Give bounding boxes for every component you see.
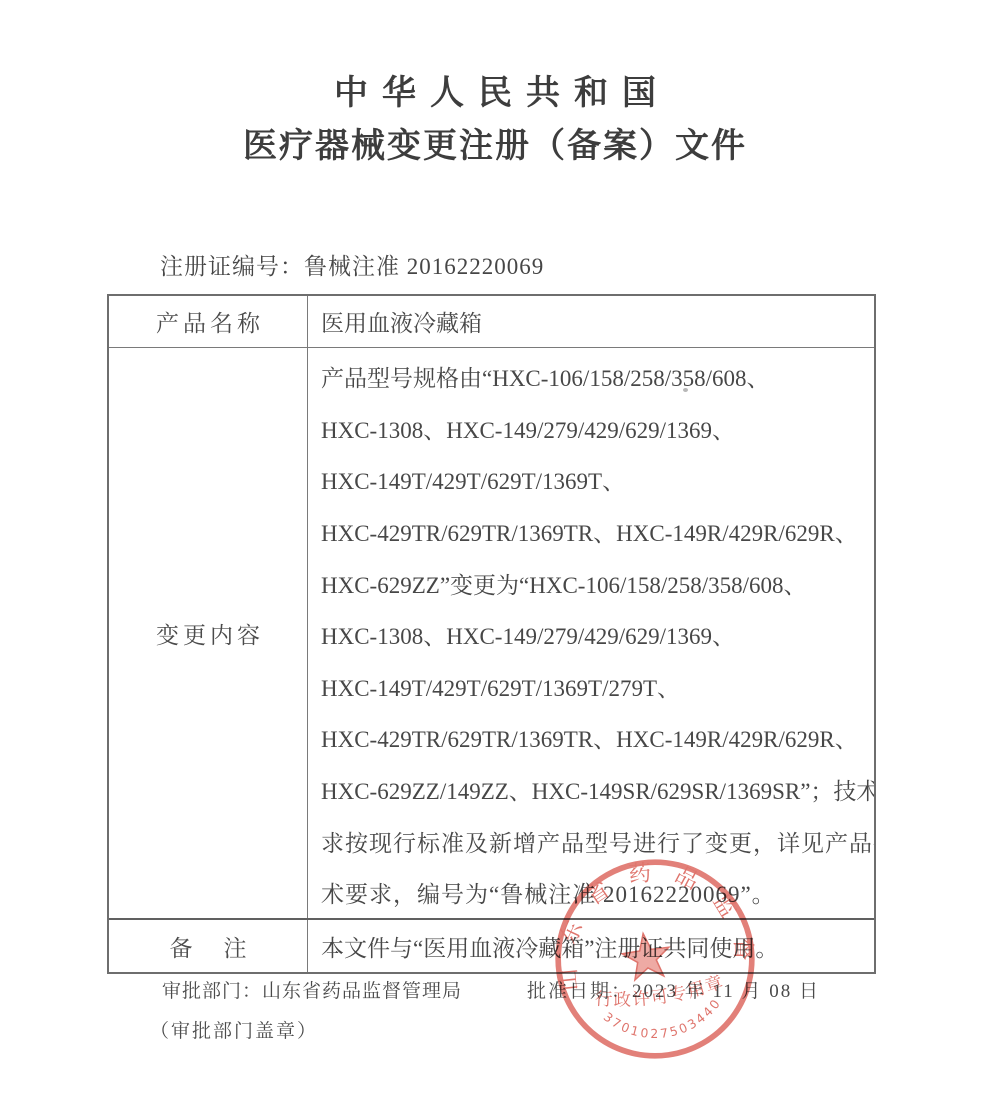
change-line: HXC-429TR/629TR/1369TR、HXC-149R/429R/629… (321, 506, 874, 558)
change-line: HXC-1308、HXC-149/279/429/629/1369、 (321, 609, 874, 661)
approval-date-value: 2023 年 11 月 08 日 (632, 981, 820, 1002)
approval-department-value: 山东省药品监督管理局 (262, 981, 462, 1002)
change-line: HXC-629ZZ/149ZZ、HXC-149SR/629SR/1369SR”；… (321, 764, 874, 816)
change-line: HXC-629ZZ”变更为“HXC-106/158/258/358/608、 (321, 557, 874, 609)
document-table: 产品名称 医用血液冷藏箱 变更内容 产品型号规格由“HXC-106/158/25… (107, 294, 876, 974)
title-doc-type: 医疗器械变更注册（备案）文件 (0, 123, 990, 170)
table-row-remarks: 备 注 本文件与“医用血液冷藏箱”注册证共同使用。 (109, 918, 874, 972)
approval-department-label: 审批部门： (162, 981, 262, 1002)
registration-number-value: 鲁械注准 20162220069 (304, 254, 544, 279)
scan-speck (683, 388, 688, 392)
table-row-change-content: 变更内容 产品型号规格由“HXC-106/158/258/358/608、 HX… (109, 347, 874, 918)
change-line: HXC-429TR/629TR/1369TR、HXC-149R/429R/629… (321, 712, 874, 764)
change-line: HXC-1308、HXC-149/279/429/629/1369、 (321, 403, 874, 455)
change-line: HXC-149T/429T/629T/1369T、 (321, 454, 874, 506)
change-line: 求按现行标准及新增产品型号进行了变更，详见产品技 (321, 815, 874, 867)
document-title: 中华人民共和国 医疗器械变更注册（备案）文件 (0, 70, 990, 170)
change-line: 术要求，编号为“鲁械注准 20162220069”。 (321, 867, 874, 918)
approval-date-label: 批准日期： (527, 981, 632, 1002)
approval-department: 审批部门：山东省药品监督管理局 (162, 976, 462, 1003)
approval-date: 批准日期：2023 年 11 月 08 日 (527, 976, 820, 1003)
stamp-instruction-note: （审批部门盖章） (150, 1016, 318, 1043)
change-line: 产品型号规格由“HXC-106/158/258/358/608、 (321, 351, 874, 403)
table-row-product-name: 产品名称 医用血液冷藏箱 (109, 296, 874, 347)
product-name-label: 产品名称 (109, 296, 308, 347)
change-line: HXC-149T/429T/629T/1369T/279T、 (321, 661, 874, 713)
change-content-label: 变更内容 (109, 348, 308, 918)
change-content-value: 产品型号规格由“HXC-106/158/258/358/608、 HXC-130… (308, 348, 874, 918)
remarks-label: 备 注 (109, 920, 308, 972)
title-country: 中华人民共和国 (320, 70, 670, 117)
registration-number-line: 注册证编号：鲁械注准 20162220069 (160, 248, 544, 281)
registration-number-label: 注册证编号： (160, 254, 304, 279)
product-name-value: 医用血液冷藏箱 (308, 296, 874, 347)
remarks-value: 本文件与“医用血液冷藏箱”注册证共同使用。 (308, 920, 874, 972)
